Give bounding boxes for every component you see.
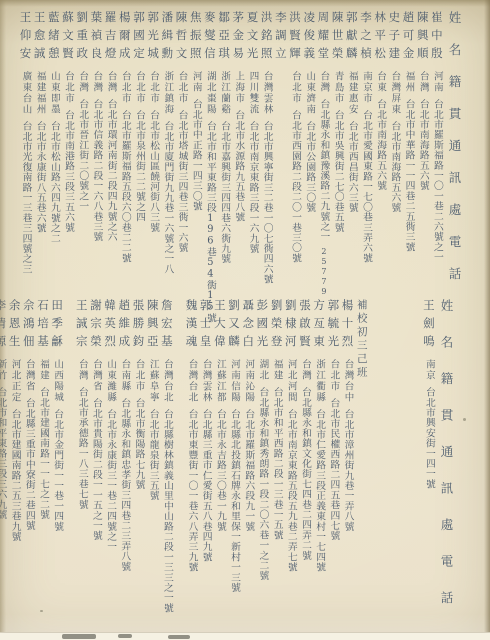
entry-native-place: 浙江衢縣 — [314, 359, 325, 403]
entry-address: 台北市嘉興街三四四巷六衖九號 — [219, 121, 230, 264]
entry-address: 台北市仁愛路三段正義東村一七四號 — [314, 409, 325, 572]
entry-native-place: 新竹 — [0, 359, 6, 381]
entry-name: 郭毓光 — [326, 299, 340, 353]
entry-address: 台北市松山區饒河街八三號 — [148, 110, 159, 232]
entry-native-place: 浙江鎮海 — [162, 71, 173, 115]
entry-name: 余恩生 — [8, 299, 22, 353]
entry-address: 台北市漳州街九巷一弄八號 — [343, 409, 354, 531]
entry-address: 台北市晉江街二〇號之一 — [77, 99, 88, 211]
entry-address: 台北市光復南路一三巷三四號之三 — [20, 121, 31, 274]
entry-name: 麥燮信 — [203, 11, 217, 65]
entry-native-place: 台灣屏東 — [389, 71, 400, 115]
entry-address: 台北市南海路五六號 — [375, 99, 386, 191]
entry-native-place: 河南 — [432, 71, 443, 93]
entry-address: 台北市廈門街九九巷一六號之一八 — [162, 121, 173, 274]
entry-native-place: 湖北 — [257, 359, 268, 381]
entry-name: 李之楨 — [359, 11, 373, 65]
entry-name: 茅金易 — [231, 11, 245, 65]
scan-smudge — [168, 635, 190, 639]
entry-name: 劉棣河 — [284, 299, 298, 353]
entry-address: 台北市龍泉街三五號 — [148, 409, 159, 501]
entry-name: 鄒亞琪 — [217, 11, 231, 65]
entry-name: 郭光城 — [146, 11, 160, 65]
entry-name: 李清源 — [0, 299, 7, 353]
entry-name: 陳興順 — [416, 11, 430, 65]
directory-section-upper: 姓名籍貫通訊處電話 崔中殷河南台北市羅斯福路一〇一巷二六號之一 陳興順台灣台北市… — [6, 11, 463, 301]
entry-native-place: 台灣雲林 — [262, 71, 273, 115]
entry-name: 洪銘照 — [260, 11, 274, 65]
entry-address: 台北市西昌街六三號 — [347, 121, 358, 213]
entry-native-place: 台灣 — [77, 359, 88, 381]
entry-address: 台北市興寧街三二巷一〇七衖四六號 — [262, 121, 273, 284]
entry-address: 台北市南京東路三段一六九號 — [247, 121, 258, 254]
entry-name: 夏文光 — [245, 11, 259, 65]
entry-native-place: 台灣省 — [24, 359, 35, 392]
entry-native-place: 福州 — [404, 71, 415, 93]
entry-native-place: 台灣 — [318, 71, 329, 93]
entry-native-place: 廣東台山 — [20, 71, 31, 115]
scan-speck — [210, 287, 212, 289]
entry-address: 台北縣永和鎮豫溪路二九號之一 — [318, 99, 329, 242]
entry-name: 史子建 — [387, 11, 401, 65]
entry-name: 王仰安 — [18, 11, 32, 65]
entry-native-place: 浙江蘭谿 — [219, 71, 230, 115]
entry-address: 台北市承德路一八三巷七號 — [77, 387, 88, 509]
entry-name: 凌俊義 — [302, 11, 316, 65]
entry-name: 方亙東 — [312, 299, 326, 353]
entry-name: 石培基 — [36, 299, 50, 353]
entry-native-place: 河北河間 — [286, 359, 297, 403]
entry-address: 台北市南港路三段三五六號 — [63, 110, 74, 232]
entry-native-place: 台灣台北 — [186, 359, 197, 403]
entry-name: 謝宗榮 — [89, 299, 103, 353]
entry-address: 台北市羅斯福路一〇一巷二六號之一 — [432, 99, 443, 262]
scan-edge-top — [0, 0, 490, 7]
entry-name: 郭士皇 — [199, 299, 213, 353]
entry-name: 趙維成 — [117, 299, 131, 353]
entry-address: 台北市興安街一四一號 — [424, 387, 435, 489]
entry-name: 彭國光 — [255, 299, 269, 353]
entry-name: 陳興亞 — [146, 299, 160, 353]
entry-address: 台北市建國南路一一七之二號 — [38, 387, 49, 520]
entry-address: 台北市永康街八五巷六號 — [35, 121, 46, 233]
entry-name: 蘇文賢 — [61, 11, 75, 65]
entry-address: 台北市信義路二段一六八巷三號 — [91, 99, 102, 242]
scan-smudge — [62, 634, 96, 639]
entry-address: 台北市南海路五六號 — [389, 121, 400, 213]
entry-native-place: 台灣台中 — [343, 359, 354, 403]
entry-native-place: 台北市 — [134, 71, 145, 104]
entry-name: 周耀堂 — [316, 11, 330, 65]
entry-native-place: 江蘇江都 — [215, 359, 226, 403]
entry-address: 台北市永康街三一巷二四號之一 — [105, 409, 116, 552]
entry-native-place: 南京市 — [361, 71, 372, 104]
entry-name: 佘鴻佃 — [22, 299, 36, 353]
entry-address: 台北縣永和鎮忠孝街三四巷二三弄八號 — [119, 398, 130, 571]
directory-entry: 補校初三己班 — [358, 299, 425, 637]
entry-address: 台北縣永和鎮秀朗路一段二〇六巷一之二號 — [257, 387, 268, 581]
entry-native-place: 台北市 — [290, 71, 301, 104]
entry-address: 台北縣三重市仁愛街五八巷四九號 — [201, 409, 212, 562]
entry-address: 台北市金門街一一巷一四號 — [52, 409, 63, 531]
entry-address: 台北市貴陽街二段一一五之一號 — [91, 398, 102, 541]
entry-address: 台北市羅斯福路五段六〇巷二二號 — [120, 110, 131, 263]
entry-address: 台北市南海路五六號 — [418, 99, 429, 191]
entry-native-place: 台北市 — [63, 71, 74, 104]
entry-native-place: 台灣省 — [91, 359, 102, 392]
entry-native-place: 台北市 — [134, 359, 145, 392]
entry-name: 田季龢 — [50, 299, 64, 353]
entry-name: 王大偉 — [213, 299, 227, 353]
entry-native-place: 福建福州 — [35, 71, 46, 115]
entry-native-place: 台灣 — [77, 71, 88, 93]
entry-name: 陳哲文 — [175, 11, 189, 65]
directory-section-lower: 姓名籍貫通訊處電話 王劍鳴南京台北市興安街一四一號 補校初三己班 楊十烈台灣台中… — [6, 299, 481, 637]
entry-name: 林平松 — [373, 11, 387, 65]
entry-address: 台北市環河南街二段四九號之六 — [106, 99, 117, 242]
entry-name: 洪賢輝 — [288, 11, 302, 65]
entry-native-place: 河南 — [191, 71, 202, 93]
entry-name: 潘緝勳 — [160, 11, 174, 65]
entry-name: 聶念白 — [241, 299, 255, 353]
entry-native-place: 台灣台北 — [162, 359, 173, 403]
entry-name: 劉又麟 — [227, 299, 241, 353]
entry-native-place: 四川雙流 — [247, 71, 258, 115]
scan-speck — [40, 610, 43, 612]
entry-address: 台北市中正路一四三〇號 — [191, 99, 202, 211]
entry-native-place: 青島市 — [333, 71, 344, 104]
scan-edge-right — [484, 0, 490, 640]
entry-native-place: 河南沁陽 — [243, 359, 254, 403]
entry-native-place: 台東 — [375, 71, 386, 93]
scan-edge-bottom — [0, 632, 490, 640]
entry-address: 台北市西園路二段二〇一巷三〇號 — [290, 110, 301, 263]
entry-name: 魏漢魂 — [184, 299, 198, 353]
entry-name: 焦振照 — [189, 11, 203, 65]
entry-name: 詹宏基 — [160, 299, 174, 353]
entry-name: 郭國定 — [132, 11, 146, 65]
entry-address: 台北市泉州街二二號之四 — [134, 110, 145, 222]
entry-native-place: 福建 — [38, 359, 49, 381]
entry-name: 張啟賢 — [298, 299, 312, 353]
entry-address: 台北市建國南路二五三巷九號 — [10, 409, 21, 542]
column-header-labels: 姓名籍貫通訊處電話 — [449, 11, 463, 301]
entry-native-place: 台灣雲林 — [201, 359, 212, 403]
entry-native-place: 山東濰縣 — [105, 359, 116, 403]
entry-native-place: 台灣 — [418, 71, 429, 93]
entry-native-place: 台北市 — [148, 71, 159, 104]
directory-entry: 田季龢山西陽城台北市金門街一一巷一四號 — [54, 299, 68, 637]
entry-name: 李調立 — [274, 11, 288, 65]
entry-name: 王愈誠 — [33, 11, 47, 65]
entry-address: 台北市和平東路三段196巷54衖15號 — [205, 121, 216, 323]
entry-address: 台北市東豐街一〇一巷六八弄三九號 — [186, 409, 197, 572]
entry-native-place: 台北市 — [328, 359, 339, 392]
entry-name: 葉禎良 — [89, 11, 103, 65]
entry-native-place: 台南縣 — [119, 359, 130, 392]
entry-name: 楊爾成 — [118, 11, 132, 65]
column-header-labels: 姓名籍貫通訊處電話 — [441, 299, 481, 637]
entry-name: 趙可金 — [402, 11, 416, 65]
entry-address: 台北市塔城街三四巷三衖一六號 — [177, 110, 188, 253]
entry-address: 台北市水源路九五巷八號 — [233, 110, 244, 222]
entry-native-place: 福建 — [272, 359, 283, 381]
entry-name: 郭獻麟 — [345, 11, 359, 65]
entry-native-place: 上海市 — [233, 71, 244, 104]
scanned-directory-page: 姓名籍貫通訊處電話 崔中殷河南台北市羅斯福路一〇一巷二六號之一 陳興順台灣台北市… — [0, 0, 490, 640]
entry-name: 劉榮登 — [270, 299, 284, 353]
entry-name: 楊十烈 — [341, 299, 355, 353]
entry-name: 羅吉燈 — [104, 11, 118, 65]
entry-native-place: 山東濟南 — [304, 71, 315, 115]
entry-address: 台北縣永和鎮文化街七四巷二四弄二號 — [300, 387, 311, 560]
entry-name: 陳世榮 — [331, 11, 345, 65]
entry-native-place: 台北市 — [177, 71, 188, 104]
entry-address: 台北市中華路一一四巷二五衖三號 — [404, 99, 415, 252]
entry-address: 台北市吳興街二七〇巷五號 — [333, 110, 344, 232]
entry-phone: 25779 — [319, 247, 328, 297]
scan-speck — [463, 418, 466, 421]
entry-native-place: 山西陽城 — [52, 359, 63, 403]
entry-native-place: 河北正定 — [10, 359, 21, 403]
entry-name: 張勝鈞 — [132, 299, 146, 353]
entry-address: 台北市和平東路三段三六九號 — [0, 387, 6, 520]
entry-native-place: 山東即墨 — [49, 71, 60, 115]
directory-entry: 詹宏基台灣台北台北縣樹林鎮義山里中山路二段一三三之一號 — [163, 299, 177, 637]
entry-address: 台北縣北投鎮石牌永和里保一新村一三號 — [229, 409, 240, 593]
entry-address: 台北市永吉路三〇巷一九號 — [215, 409, 226, 531]
entry-address: 台北市羅斯福路六段九一號 — [243, 409, 254, 531]
entry-name: 王劍鳴 — [422, 299, 436, 353]
entry-native-place: 福建惠安 — [347, 71, 358, 115]
entry-native-place: 湖北棗陽 — [205, 71, 216, 115]
entry-native-place: 台北市 — [120, 71, 131, 104]
entry-address: 台北市衡陽路七九號 — [134, 398, 145, 490]
entry-name: 崔中殷 — [430, 11, 444, 65]
entry-native-place: 河南信陽 — [229, 359, 240, 403]
entry-native-place: 南京 — [424, 359, 435, 381]
entry-address: 台北市和平西路二段一三巷一五號 — [272, 387, 283, 540]
entry-name: 王誠宗 — [75, 299, 89, 353]
entry-address: 台北市公園路三〇號 — [304, 121, 315, 213]
entry-native-place: 台灣 — [91, 71, 102, 93]
entry-name: 韓英烈 — [103, 299, 117, 353]
entry-native-place: 台灣 — [106, 71, 117, 93]
entry-name: 劉重政 — [75, 11, 89, 65]
entry-native-place: 台灣 — [300, 359, 311, 381]
entry-address: 台北縣樹林鎮義山里中山路二段一三三之一號 — [162, 409, 173, 613]
scan-smudge — [118, 634, 132, 638]
entry-address: 台北市松山路六四九號之二 — [49, 121, 60, 243]
entry-address: 台北市民權西路二四五巷四七號 — [328, 398, 339, 541]
entry-name: 補校初三己班 — [356, 299, 368, 380]
entry-address: 台北市愛國東路一七〇巷三弄六號 — [361, 110, 372, 263]
entry-name: 藍緒憩 — [47, 11, 61, 65]
entry-address: 台北縣三重市中寮街二巷四號 — [24, 398, 35, 531]
entry-native-place: 江蘇阜寧 — [148, 359, 159, 403]
entry-address: 台北市南京東路五段五九巷二弄七號 — [286, 409, 297, 572]
